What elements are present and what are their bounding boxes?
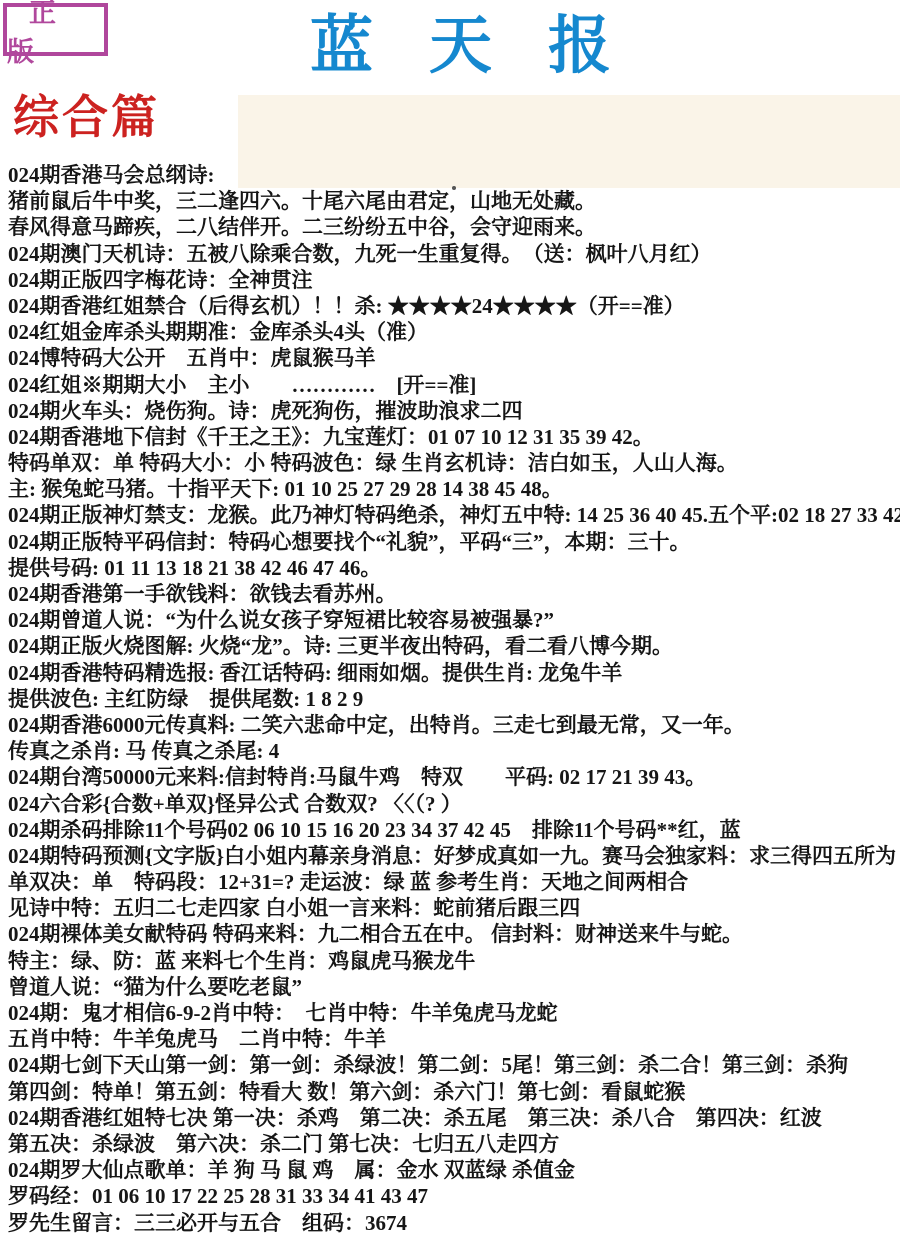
text-line: 第五决：杀绿波 第六决：杀二门 第七决：七归五八走四方 (8, 1131, 900, 1157)
text-line: 024六合彩{合数+单双}怪异公式 合数双? 〈〈（? ） (8, 791, 900, 817)
text-line: 024期台湾50000元来料:信封特肖:马鼠牛鸡 特双 平码: 02 17 21… (8, 764, 900, 790)
text-line: 曾道人说：“猫为什么要吃老鼠” (8, 974, 900, 1000)
text-line: 024期裸体美女献特码 特码来料：九二相合五在中。 信封料：财神送来牛与蛇。 (8, 921, 900, 947)
text-line: 024期香港6000元传真料: 二笑六悲命中定，出特肖。三走七到最无常，又一年。 (8, 712, 900, 738)
text-line: 提供波色: 主红防绿 提供尾数: 1 8 2 9 (8, 686, 900, 712)
text-line: 024红姐※期期大小 主小 ………… [开==准] (8, 372, 900, 398)
text-line: 024期澳门天机诗：五被八除乘合数，九死一生重复得。 （送：枫叶八月红） (8, 241, 900, 267)
newspaper-title: 蓝天报 (310, 0, 667, 92)
text-line: 第四剑：特单！第五剑：特看大 数！第六剑：杀六门！第七剑：看鼠蛇猴 (8, 1079, 900, 1105)
text-line: 024红姐金库杀头期期准：金库杀头4头（准） (8, 319, 900, 345)
text-line: 024期香港红姐特七决 第一决：杀鸡 第二决：杀五尾 第三决：杀八合 第四决：红… (8, 1105, 900, 1131)
text-line: 024期火车头：烧伤狗。诗：虎死狗伤，摧波助浪求二四 (8, 398, 900, 424)
text-line: 024期香港第一手欲钱料：欲钱去看苏州。 (8, 581, 900, 607)
text-line: 024期曾道人说：“为什么说女孩子穿短裙比较容易被强暴?” (8, 607, 900, 633)
text-line: 024期正版四字梅花诗：全神贯注 (8, 267, 900, 293)
authentic-badge-label: 正 版 (7, 0, 104, 69)
text-line: 024期香港地下信封《千王之王》：九宝莲灯：01 07 10 12 31 35 … (8, 424, 900, 450)
text-line: 024期正版火烧图解: 火烧“龙”。诗: 三更半夜出特码，看二看八博今期。 (8, 633, 900, 659)
text-line: 024期香港特码精选报: 香江话特码: 细雨如烟。提供生肖: 龙兔牛羊 (8, 660, 900, 686)
text-line: 特码单双：单 特码大小：小 特码波色：绿 生肖玄机诗：洁白如玉，人山人海。 (8, 450, 900, 476)
text-line: 五肖中特：牛羊兔虎马 二肖中特：牛羊 (8, 1026, 900, 1052)
text-line: 024期罗大仙点歌单：羊 狗 马 鼠 鸡 属：金水 双蓝绿 杀值金 (8, 1157, 900, 1183)
text-line: 024期杀码排除11个号码02 06 10 15 16 20 23 34 37 … (8, 817, 900, 843)
text-line: 春风得意马蹄疾，二八结伴开。二三纷纷五中谷，会守迎雨来。 (8, 214, 900, 240)
text-line: 024博特码大公开 五肖中：虎鼠猴马羊 (8, 345, 900, 371)
text-line: 传真之杀肖: 马 传真之杀尾: 4 (8, 738, 900, 764)
text-line: 024期正版特平码信封：特码心想要找个“礼貌”，平码“三”，本期：三十。 (8, 529, 900, 555)
section-title: 综合篇 (13, 88, 160, 148)
text-line: 猪前鼠后牛中奖，三二逢四六。十尾六尾由君定，山地无处藏。 (8, 188, 900, 214)
text-line: 提供号码: 01 11 13 18 21 38 42 46 47 46。 (8, 555, 900, 581)
text-line: 罗先生留言：三三必开与五合 组码：3674 (8, 1210, 900, 1236)
text-line: 主: 猴兔蛇马猪。十指平天下: 01 10 25 27 29 28 14 38 … (8, 476, 900, 502)
text-line: 单双决：单 特码段：12+31=? 走运波：绿 蓝 参考生肖：天地之间两相合 (8, 869, 900, 895)
text-line: 特主：绿、防：蓝 来料七个生肖：鸡鼠虎马猴龙牛 (8, 948, 900, 974)
authentic-badge: 正 版 (3, 3, 108, 56)
text-line: 024期：鬼才相信6-9-2肖中特： 七肖中特：牛羊兔虎马龙蛇 (8, 1000, 900, 1026)
text-line: 024期特码预测{文字版}白小姐内幕亲身消息：好梦成真如一九。赛马会独家料：求三… (8, 843, 900, 869)
content-lines: 024期香港马会总纲诗:猪前鼠后牛中奖，三二逢四六。十尾六尾由君定，山地无处藏。… (8, 162, 900, 1236)
text-line: 024期香港红姐禁合（后得玄机）！！杀: ★★★★24★★★★（开==准） (8, 293, 900, 319)
text-line: 024期正版神灯禁支：龙猴。此乃神灯特码绝杀，神灯五中特: 14 25 36 4… (8, 502, 900, 528)
text-line: 罗码经：01 06 10 17 22 25 28 31 33 34 41 43 … (8, 1183, 900, 1209)
text-line: 见诗中特：五归二七走四家 白小姐一言来料：蛇前猪后跟三四 (8, 895, 900, 921)
text-line: 024期香港马会总纲诗: (8, 162, 900, 188)
text-line: 024期七剑下天山第一剑：第一剑：杀绿波！第二剑：5尾！第三剑：杀二合！第三剑：… (8, 1052, 900, 1078)
